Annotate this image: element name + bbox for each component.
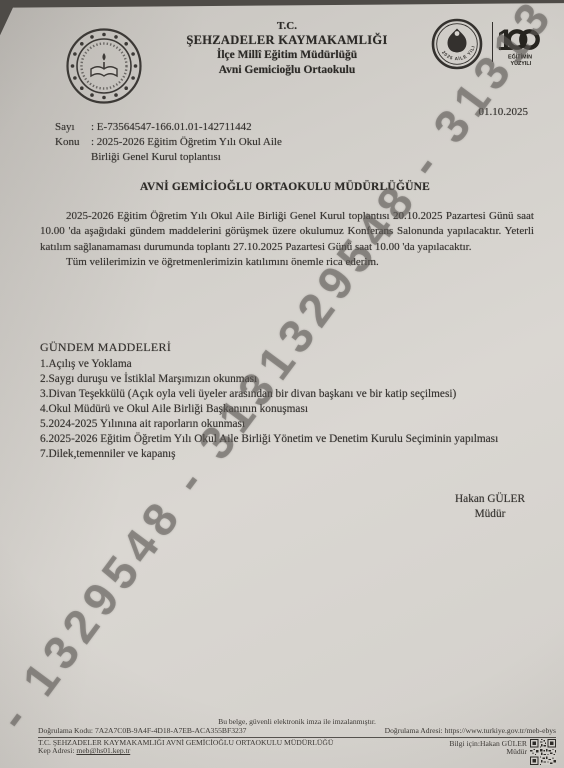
family-year-logo-icon: 2025 AİLE YILI [428, 16, 486, 79]
organization-block: T.C. ŞEHZADELER KAYMAKAMLIĞI AVNİ GEMİCİ… [38, 739, 368, 768]
konu-label: Konu [55, 135, 91, 150]
agenda-item: 1.Açılış ve Yoklama [40, 357, 498, 372]
svg-text:1: 1 [497, 24, 514, 57]
contact-title: Müdür [449, 748, 527, 757]
letterhead-directorate: İlçe Millî Eğitim Müdürlüğü [132, 48, 442, 63]
agenda-item: 7.Dilek,temenniler ve kapanış [40, 447, 498, 462]
header-logos: 2025 AİLE YILI 1 EĞİTİMİN YÜZYILI [428, 16, 548, 79]
verification-address: Doğrulama Adresi: https://www.turkiye.go… [385, 727, 556, 736]
agenda-item: 2.Saygı duruşu ve İstiklal Marşımızın ok… [40, 372, 498, 387]
svg-text:EĞİTİMİN: EĞİTİMİN [508, 53, 532, 61]
agenda-item: 6.2025-2026 Eğitim Öğretim Yılı Okul Ail… [40, 432, 498, 447]
century-of-education-logo-icon: 1 EĞİTİMİN YÜZYILI [486, 16, 548, 79]
agenda-item: 5.2024-2025 Yılınına ait raporların okun… [40, 417, 498, 432]
signature-block: Hakan GÜLER Müdür [428, 492, 552, 522]
svg-text:YÜZYILI: YÜZYILI [511, 60, 532, 67]
body-text: 2025-2026 Eğitim Öğretim Yılı Okul Aile … [40, 209, 534, 271]
qr-code-icon [530, 739, 556, 768]
sayi-value: : E-73564547-166.01.01-142711442 [91, 121, 252, 133]
contact-block: Bilgi için:Hakan GÜLER Müdür [449, 739, 556, 768]
konu-value: : 2025-2026 Eğitim Öğretim Yılı Okul Ail… [91, 136, 282, 148]
agenda-item: 4.Okul Müdürü ve Okul Aile Birliği Başka… [40, 402, 498, 417]
contact-info: Bilgi için:Hakan GÜLER Müdür [449, 740, 527, 758]
document-date: 01.10.2025 [479, 106, 529, 118]
agenda-heading: GÜNDEM MADDELERİ [40, 340, 498, 355]
letterhead: T.C. ŞEHZADELER KAYMAKAMLIĞI İlçe Millî … [132, 20, 442, 77]
document-title: AVNİ GEMİCİOĞLU ORTAOKULU MÜDÜRLÜĞÜNE [40, 181, 530, 193]
reference-block: Sayı: E-73564547-166.01.01-142711442 Kon… [55, 120, 282, 165]
signer-title: Müdür [428, 507, 552, 522]
paper-sheet: - 1329548 - 3131329548 - 31313 [0, 0, 564, 768]
document-photo: - 1329548 - 3131329548 - 31313 [0, 0, 564, 768]
footer: Bu belge, güvenli elektronik imza ile im… [38, 718, 556, 767]
verification-row: Doğrulama Kodu: 7A2A7C0B-9A4F-4D18-A7EB-… [38, 727, 556, 738]
agenda-item: 3.Divan Teşekkülü (Açık oyla veli üyeler… [40, 387, 498, 402]
agenda-section: GÜNDEM MADDELERİ 1.Açılış ve Yoklama 2.S… [40, 340, 498, 462]
letterhead-school: Avni Gemicioğlu Ortaokulu [132, 63, 442, 78]
kep-address: meb@hs01.kep.tr [76, 746, 130, 755]
kep-address-line: Kep Adresi: meb@hs01.kep.tr [38, 747, 368, 756]
body-paragraph-2: Tüm velilerimizin ve öğretmenlerimizin k… [40, 255, 534, 270]
signer-name: Hakan GÜLER [428, 492, 552, 507]
verification-code: Doğrulama Kodu: 7A2A7C0B-9A4F-4D18-A7EB-… [38, 727, 246, 736]
body-paragraph-1: 2025-2026 Eğitim Öğretim Yılı Okul Aile … [40, 209, 534, 255]
sayi-line: Sayı: E-73564547-166.01.01-142711442 [55, 120, 282, 135]
sayi-label: Sayı [55, 120, 91, 135]
letterhead-tc: T.C. [132, 20, 442, 33]
konu-value-line2: Birliği Genel Kurul toplantısı [55, 150, 282, 165]
letterhead-governorship: ŞEHZADELER KAYMAKAMLIĞI [132, 33, 442, 48]
konu-line: Konu: 2025-2026 Eğitim Öğretim Yılı Okul… [55, 135, 282, 150]
footer-main-row: T.C. ŞEHZADELER KAYMAKAMLIĞI AVNİ GEMİCİ… [38, 739, 556, 768]
